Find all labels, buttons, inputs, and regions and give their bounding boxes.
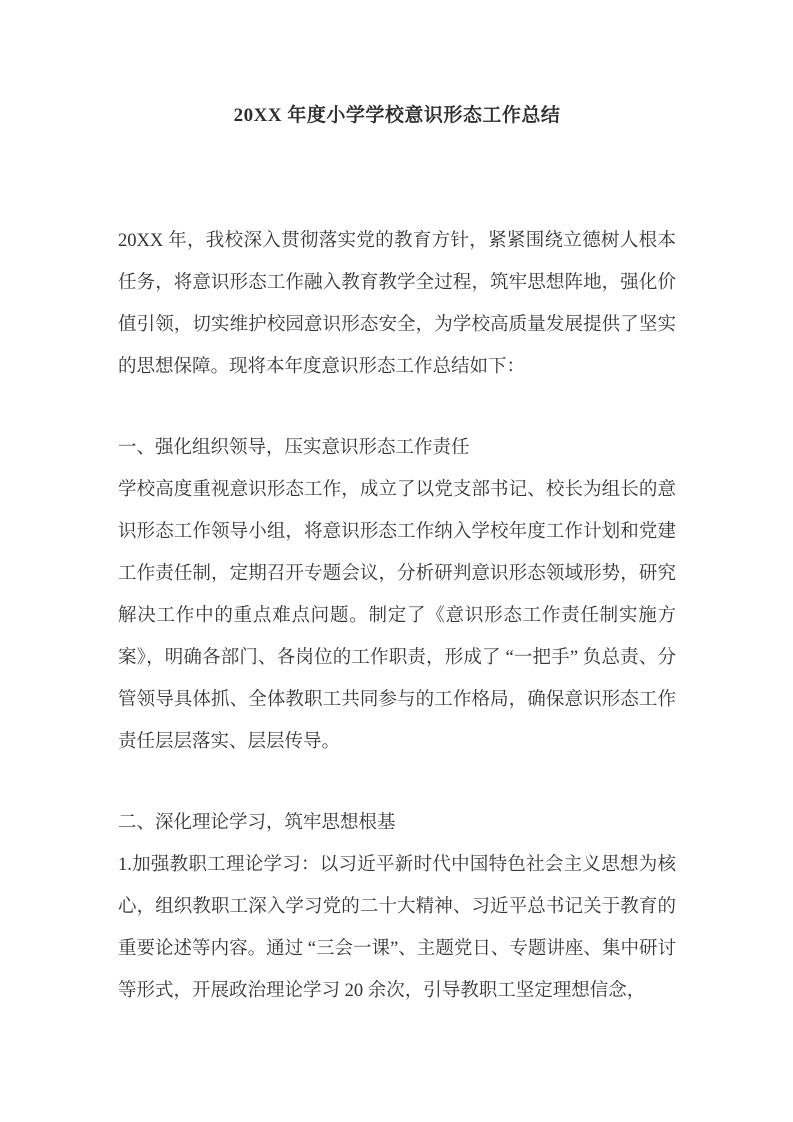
section-heading-1: 一、强化组织领导，压实意识形态工作责任 bbox=[118, 427, 676, 469]
section-1-paragraph: 学校高度重视意识形态工作，成立了以党支部书记、校长为组长的意识形态工作领导小组，… bbox=[118, 469, 676, 763]
document-title: 20XX 年度小学学校意识形态工作总结 bbox=[118, 95, 676, 137]
document-page: 20XX 年度小学学校意识形态工作总结 20XX 年，我校深入贯彻落实党的教育方… bbox=[0, 0, 793, 1122]
section-heading-2: 二、深化理论学习，筑牢思想根基 bbox=[118, 802, 676, 844]
intro-paragraph: 20XX 年，我校深入贯彻落实党的教育方针，紧紧围绕立德树人根本任务，将意识形态… bbox=[118, 220, 676, 388]
section-2-paragraph: 1.加强教职工理论学习：以习近平新时代中国特色社会主义思想为核心，组织教职工深入… bbox=[118, 844, 676, 1012]
document-content: 20XX 年度小学学校意识形态工作总结 20XX 年，我校深入贯彻落实党的教育方… bbox=[118, 95, 676, 1012]
